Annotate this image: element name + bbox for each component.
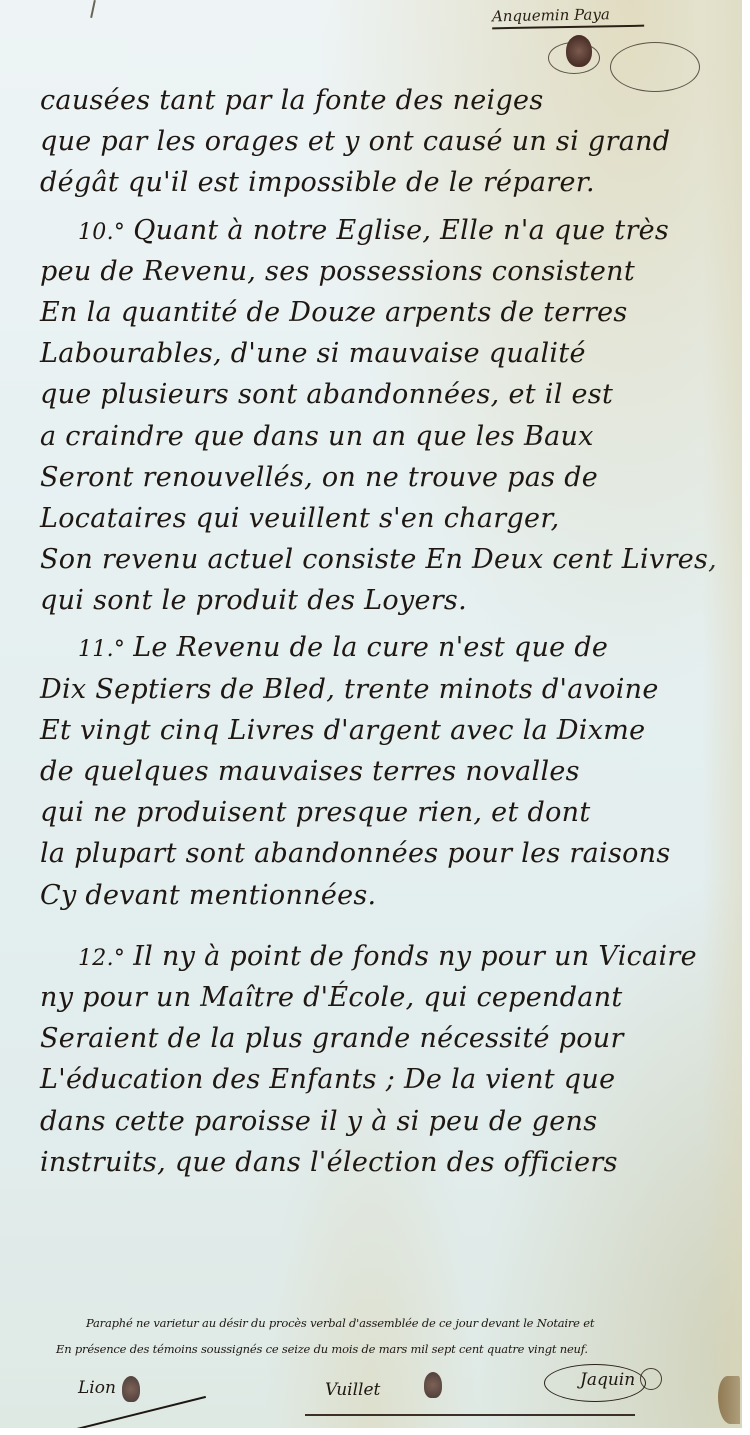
text-line: causées tant par la fonte des neiges bbox=[40, 80, 730, 121]
wax-seal-icon bbox=[424, 1372, 442, 1398]
text-line: dégât qu'il est impossible de le réparer… bbox=[40, 162, 730, 203]
text-line: peu de Revenu, ses possessions consisten… bbox=[40, 251, 730, 292]
text-line: de quelques mauvaises terres novalles bbox=[40, 751, 730, 792]
wax-seal-icon bbox=[566, 35, 592, 67]
text-line: la plupart sont abandonnées pour les rai… bbox=[40, 833, 730, 874]
notarial-note-line-1: Paraphé ne varietur au désir du procès v… bbox=[86, 1316, 742, 1330]
pencil-mark bbox=[90, 0, 96, 18]
text-line: qui ne produisent presque rien, et dont bbox=[40, 792, 730, 833]
paragraph-number: 11.° bbox=[78, 637, 125, 662]
text-line: dans cette paroisse il y à si peu de gen… bbox=[40, 1101, 730, 1142]
manuscript-page: Anquemin Paya causées tant par la fonte … bbox=[0, 0, 742, 1428]
text-line: Et vingt cinq Livres d'argent avec la Di… bbox=[40, 710, 730, 751]
paraph-flourish-icon bbox=[122, 1376, 140, 1402]
text-line: Locataires qui veuillent s'en charger, bbox=[40, 498, 730, 539]
paragraph-number: 10.° bbox=[78, 220, 125, 245]
signature-2: Vuillet bbox=[325, 1380, 380, 1400]
text-line: Quant à notre Eglise, Elle n'a que très bbox=[133, 215, 669, 246]
text-line: Le Revenu de la cure n'est que de bbox=[133, 632, 608, 663]
paper-stain bbox=[718, 1376, 740, 1424]
text-line: Labourables, d'une si mauvaise qualité bbox=[40, 333, 730, 374]
text-line: Dix Septiers de Bled, trente minots d'av… bbox=[40, 669, 730, 710]
text-line: L'éducation des Enfants ; De la vient qu… bbox=[40, 1059, 730, 1100]
text-line: que plusieurs sont abandonnées, et il es… bbox=[40, 374, 730, 415]
text-line: ny pour un Maître d'École, qui cependant bbox=[40, 977, 730, 1018]
text-line: Son revenu actuel consiste En Deux cent … bbox=[40, 539, 730, 580]
text-line: Seraient de la plus grande nécessité pou… bbox=[40, 1018, 730, 1059]
signature-1: Lion bbox=[78, 1378, 116, 1398]
text-line: a craindre que dans un an que les Baux bbox=[40, 416, 730, 457]
paragraph-10-first-line: 10.°Quant à notre Eglise, Elle n'a que t… bbox=[40, 210, 730, 251]
header-signature: Anquemin Paya bbox=[492, 5, 644, 30]
paraph-flourish-icon bbox=[640, 1368, 662, 1390]
paragraph-11-first-line: 11.°Le Revenu de la cure n'est que de bbox=[40, 627, 730, 668]
notarial-note-line-2: En présence des témoins soussignés ce se… bbox=[56, 1342, 716, 1356]
paragraph-number: 12.° bbox=[78, 946, 125, 971]
text-line: qui sont le produit des Loyers. bbox=[40, 580, 730, 621]
text-line: Il ny à point de fonds ny pour un Vicair… bbox=[133, 941, 697, 972]
paragraph-12-first-line: 12.°Il ny à point de fonds ny pour un Vi… bbox=[40, 936, 730, 977]
text-line: instruits, que dans l'élection des offic… bbox=[40, 1142, 730, 1183]
signature-3: Jaquin bbox=[580, 1370, 635, 1390]
manuscript-body: causées tant par la fonte des neiges que… bbox=[40, 80, 730, 1183]
text-line: que par les orages et y ont causé un si … bbox=[40, 121, 730, 162]
text-line: En la quantité de Douze arpents de terre… bbox=[40, 292, 730, 333]
text-line: Cy devant mentionnées. bbox=[40, 875, 730, 916]
text-line: Seront renouvellés, on ne trouve pas de bbox=[40, 457, 730, 498]
